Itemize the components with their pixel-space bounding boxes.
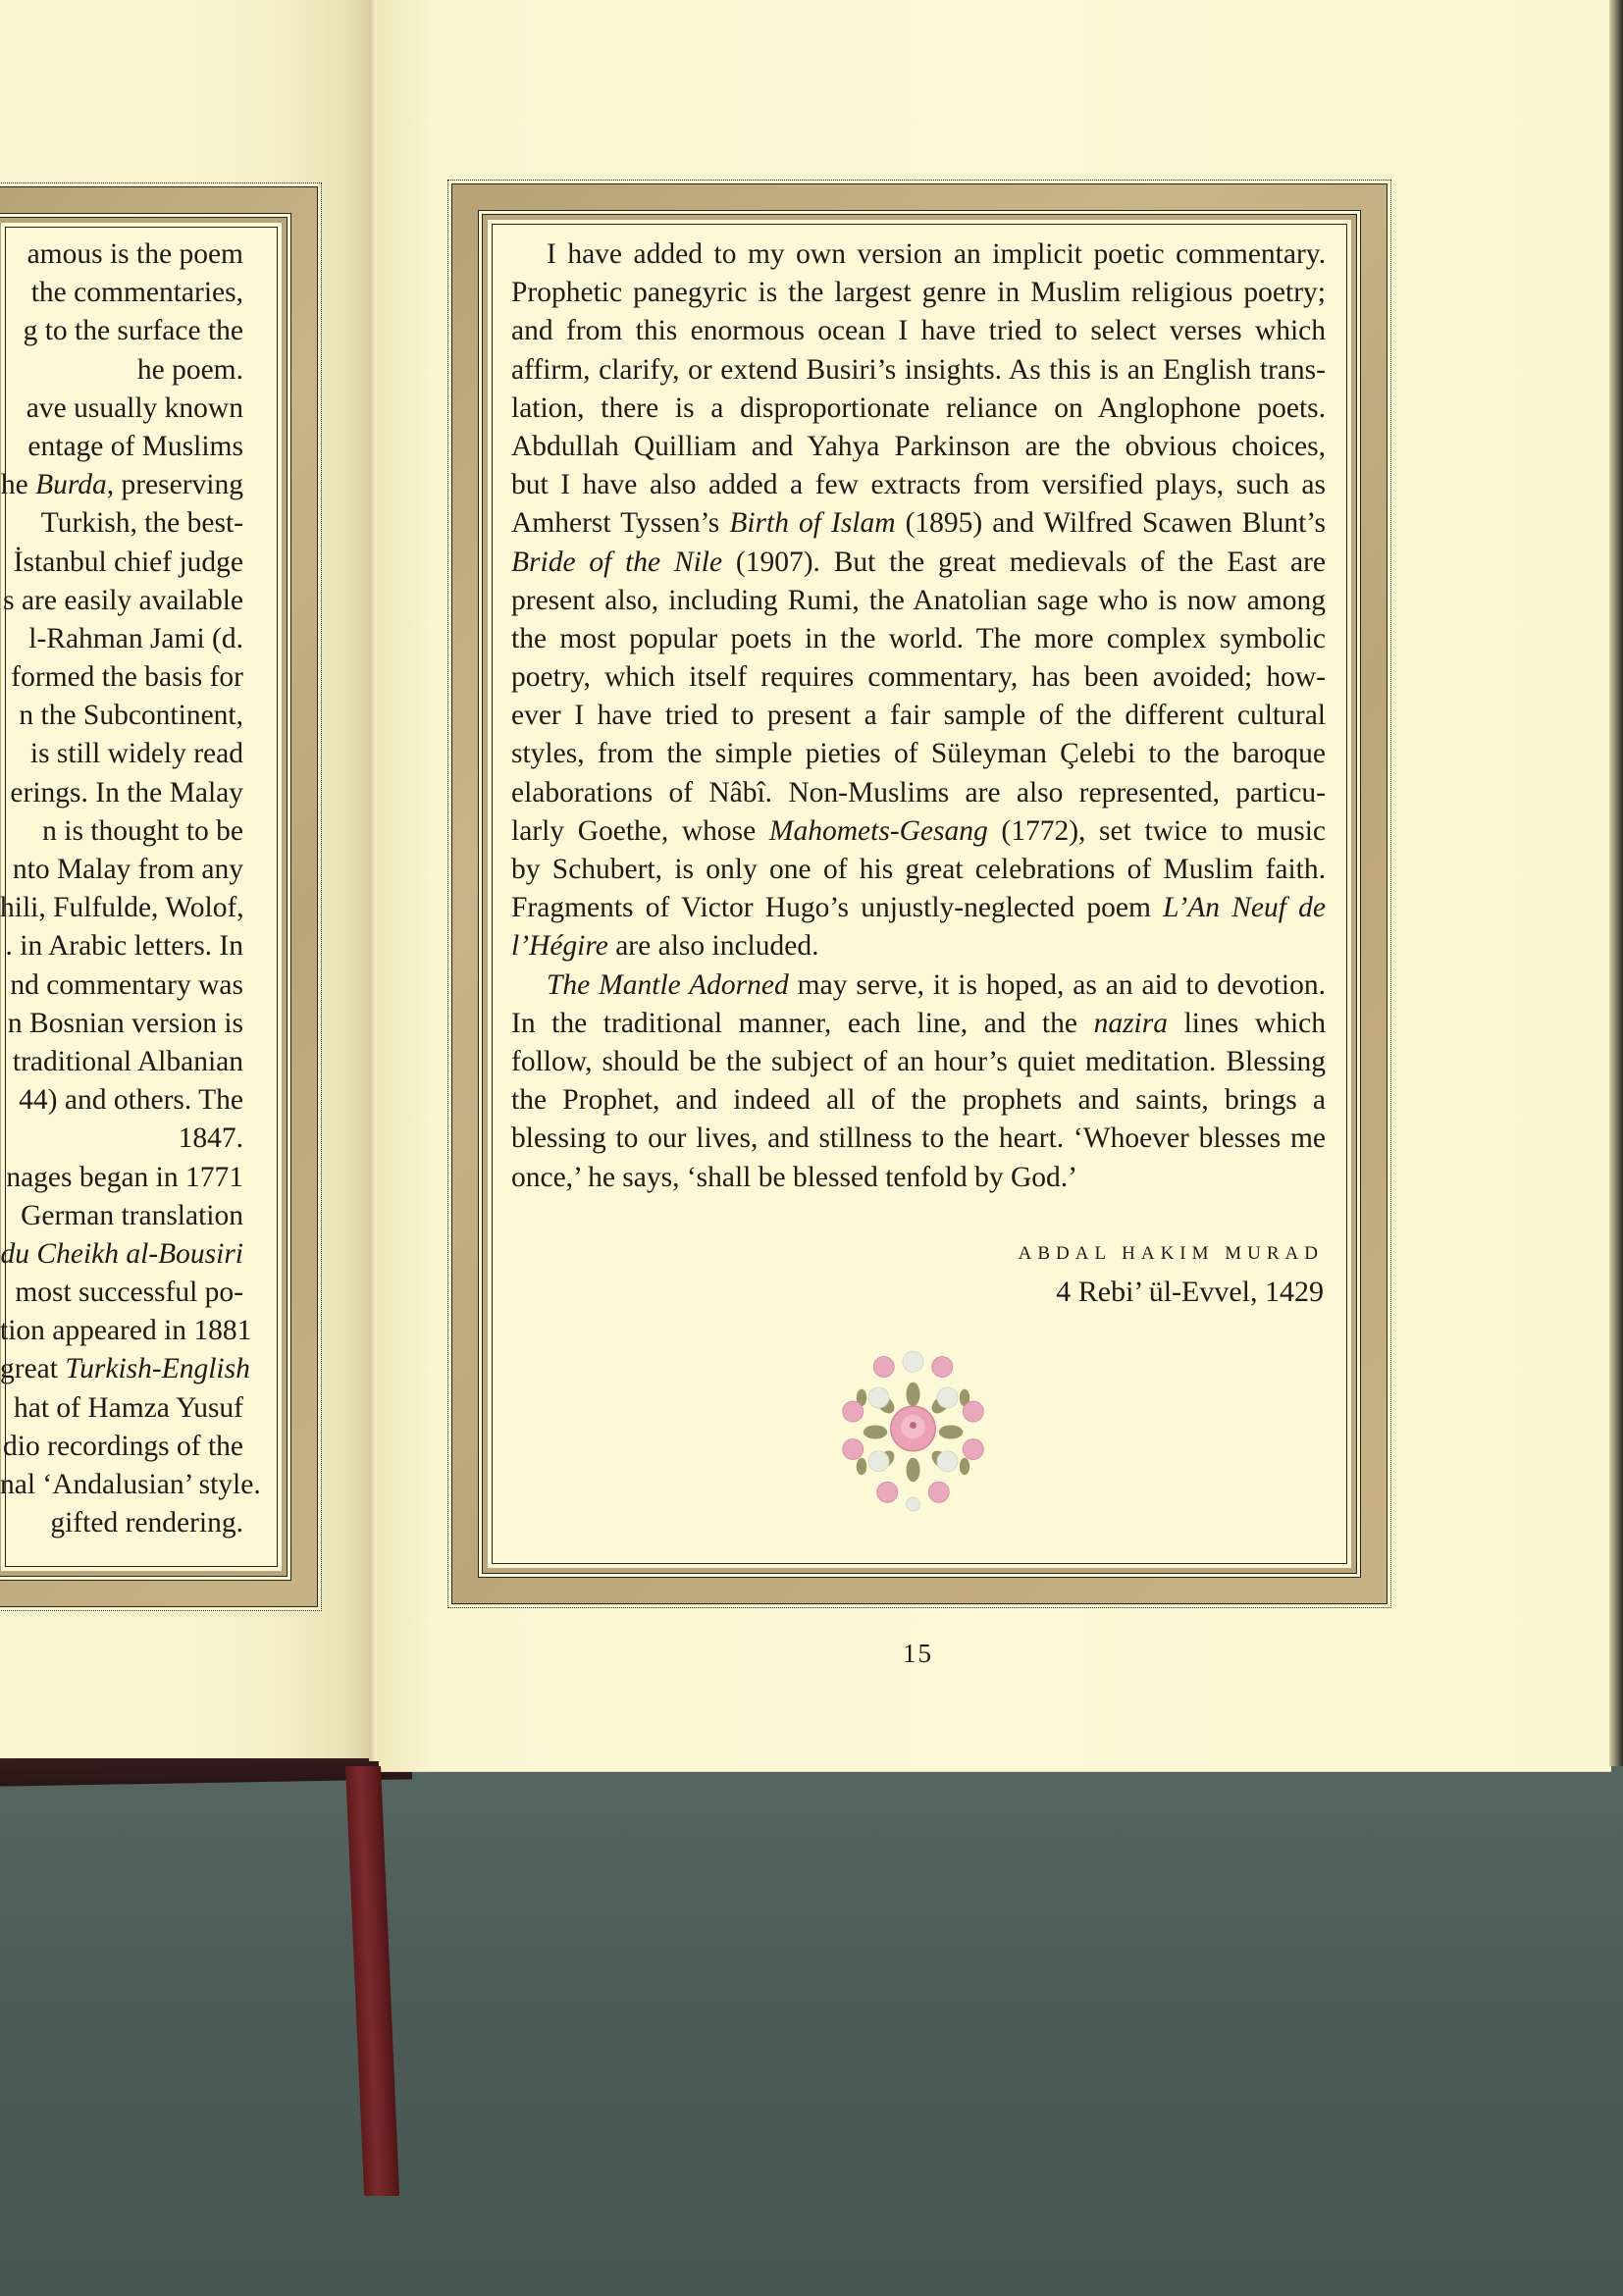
text-line: tion appeared in 1881 xyxy=(0,1312,243,1350)
text-line: traditional Albanian xyxy=(0,1043,243,1081)
text-line: follow, should be the subject of an hour… xyxy=(511,1043,1326,1081)
text-line: Bride of the Nile (1907). But the great … xyxy=(511,544,1326,582)
text-line: erings. In the Malay xyxy=(0,774,243,812)
text-line: In the traditional manner, each line, an… xyxy=(511,1005,1326,1043)
text-line: dio recordings of the xyxy=(0,1428,243,1466)
text-line: styles, from the simple pieties of Süley… xyxy=(511,735,1326,773)
text-line: Turkish, the best- xyxy=(0,504,243,543)
left-page-text: amous is the poemthe commentaries,g to t… xyxy=(0,235,243,1542)
author-signature: ABDAL HAKIM MURAD xyxy=(1019,1243,1324,1265)
text-line: 1847. xyxy=(0,1120,243,1158)
page-number: 15 xyxy=(903,1639,933,1669)
text-line: n Bosnian version is xyxy=(0,1005,243,1043)
text-line: 44) and others. The xyxy=(0,1081,243,1120)
text-line: the Prophet, and indeed all of the proph… xyxy=(511,1081,1326,1120)
text-line: s are easily available xyxy=(0,582,243,620)
text-line: German translation xyxy=(0,1197,243,1235)
text-line: affirm, clarify, or extend Busiri’s insi… xyxy=(511,351,1326,390)
text-line: hili, Fulfulde, Wolof, xyxy=(0,889,243,927)
text-line: elaborations of Nâbî. Non-Muslims are al… xyxy=(511,774,1326,812)
floral-rosette-icon xyxy=(827,1346,999,1518)
text-line: present also, including Rumi, the Anatol… xyxy=(511,582,1326,620)
text-line: g to the surface the xyxy=(0,312,243,350)
text-line: I have added to my own version an implic… xyxy=(511,235,1326,274)
text-line: gifted rendering. xyxy=(0,1504,243,1542)
table-background xyxy=(0,1756,1623,2296)
text-line: larly Goethe, whose Mahomets-Gesang (177… xyxy=(511,812,1326,851)
text-line: nto Malay from any xyxy=(0,851,243,889)
text-line: nal ‘Andalusian’ style. xyxy=(0,1466,243,1504)
text-line: amous is the poem xyxy=(0,235,243,274)
text-line: n the Subcontinent, xyxy=(0,697,243,735)
text-line: hat of Hamza Yusuf xyxy=(0,1389,243,1428)
text-line: Fragments of Victor Hugo’s unjustly-negl… xyxy=(511,889,1326,927)
text-line: he poem. xyxy=(0,351,243,390)
text-line: ave usually known xyxy=(0,390,243,428)
text-line: n is thought to be xyxy=(0,812,243,851)
text-line: l-Rahman Jami (d. xyxy=(0,620,243,658)
text-line: lation, there is a disproportionate reli… xyxy=(511,390,1326,428)
text-line: nages began in 1771 xyxy=(0,1159,243,1197)
text-line: blessing to our lives, and stillness to … xyxy=(511,1120,1326,1158)
text-line: great Turkish-English xyxy=(0,1350,243,1388)
text-line: Amherst Tyssen’s Birth of Islam (1895) a… xyxy=(511,504,1326,543)
right-page-body: I have added to my own version an implic… xyxy=(511,235,1326,1197)
text-line: poetry, which itself requires commentary… xyxy=(511,658,1326,697)
text-line: by Schubert, is only one of his great ce… xyxy=(511,851,1326,889)
text-line: l’Hégire are also included. xyxy=(511,927,1326,965)
text-line: du Cheikh al-Bousiri xyxy=(0,1235,243,1274)
paragraph-2: The Mantle Adorned may serve, it is hope… xyxy=(511,966,1326,1197)
text-line: Prophetic panegyric is the largest genre… xyxy=(511,274,1326,312)
text-line: entage of Muslims xyxy=(0,428,243,466)
text-line: The Mantle Adorned may serve, it is hope… xyxy=(511,966,1326,1005)
text-line: the most popular poets in the world. The… xyxy=(511,620,1326,658)
text-line: he Burda, preserving xyxy=(0,466,243,504)
page-stack-edge xyxy=(1609,0,1623,1766)
text-line: nd commentary was xyxy=(0,966,243,1005)
signature-date: 4 Rebi’ ül-Evvel, 1429 xyxy=(1056,1276,1324,1309)
text-line: is still widely read xyxy=(0,735,243,773)
text-line: ever I have tried to present a fair samp… xyxy=(511,697,1326,735)
paragraph-1: I have added to my own version an implic… xyxy=(511,235,1326,966)
left-page: amous is the poemthe commentaries,g to t… xyxy=(0,0,371,1758)
text-line: İstanbul chief judge xyxy=(0,544,243,582)
text-line: Abdullah Quilliam and Yahya Parkinson ar… xyxy=(511,428,1326,466)
text-line: and from this enormous ocean I have trie… xyxy=(511,312,1326,350)
text-line: most successful po- xyxy=(0,1274,243,1312)
text-line: . in Arabic letters. In xyxy=(0,927,243,965)
text-line: the commentaries, xyxy=(0,274,243,312)
text-line: formed the basis for xyxy=(0,658,243,697)
text-line: once,’ he says, ‘shall be blessed tenfol… xyxy=(511,1159,1326,1197)
text-line: but I have also added a few extracts fro… xyxy=(511,466,1326,504)
